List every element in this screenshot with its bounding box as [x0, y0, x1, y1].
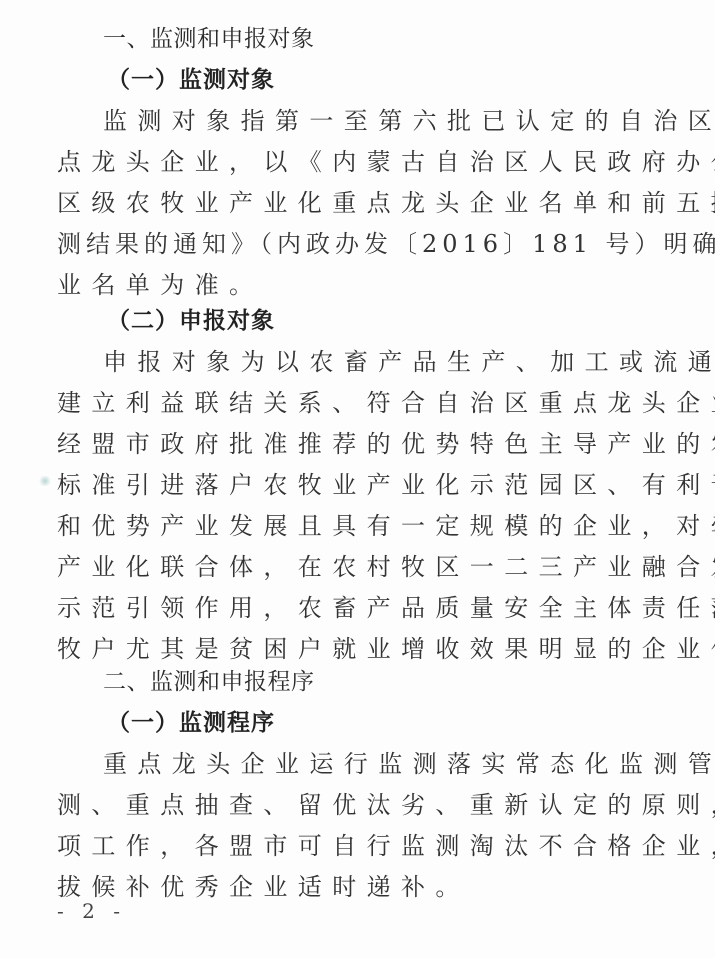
paragraph-line: 示范引领作用，农畜产品质量安全主体责任落实好，实际带动农 [57, 591, 691, 625]
paragraph-line: 区级农牧业产业化重点龙头企业名单和前五批重点龙头企业监 [57, 186, 691, 220]
page-number: - 2 - [57, 898, 126, 924]
section-heading-1: 一、监测和申报对象 [103, 22, 315, 56]
paragraph-line: 牧户尤其是贫困户就业增收效果明显的企业优先考虑。 [57, 632, 691, 666]
paragraph-line: 经盟市政府批准推荐的优势特色主导产业的农牧业企业；对符合 [57, 427, 691, 461]
paragraph-line: 业名单为准。 [57, 268, 691, 302]
document-page: 一、监测和申报对象 （一）监测对象 监测对象指第一至第六批已认定的自治区农牧业产… [0, 0, 715, 958]
paragraph-line: 项工作，各盟市可自行监测淘汰不合格企业，空出名额可优先选 [57, 829, 691, 863]
paragraph-line: 拔候补优秀企业适时递补。 [57, 870, 691, 904]
subsection-heading-monitoring-procedure: （一）监测程序 [107, 706, 275, 740]
paragraph-line: 点龙头企业，以《内蒙古自治区人民政府办公厅公布第六批自治 [57, 145, 691, 179]
scan-artifact [38, 476, 52, 486]
subsection-heading-application-targets: （二）申报对象 [107, 304, 275, 338]
paragraph-line: 重点龙头企业运行监测落实常态化监测管理，按照全面监 [103, 747, 691, 781]
paragraph-line: 产业化联合体，在农村牧区一二三产业融合发展中较好地发挥了 [57, 550, 691, 584]
subsection-heading-monitoring-targets: （一）监测对象 [107, 63, 275, 97]
paragraph-line: 测、重点抽查、留优汰劣、重新认定的原则，每年上半年开展此 [57, 788, 691, 822]
paragraph-line: 标准引进落户农牧业产业化示范园区、有利于促进优势资源集聚 [57, 468, 691, 502]
section-heading-2: 二、监测和申报程序 [103, 665, 315, 699]
paragraph-line: 建立利益联结关系、符合自治区重点龙头企业标准、自愿申报并 [57, 386, 691, 420]
paragraph-line: 申报对象为以农畜产品生产、加工或流通为主业、与农牧户 [103, 345, 691, 379]
paragraph-line: 监测对象指第一至第六批已认定的自治区农牧业产业化重 [103, 104, 691, 138]
paragraph-line: 测结果的通知》（内政办发〔2016〕181 号）明确的重点龙头企 [57, 227, 691, 261]
paragraph-line: 和优势产业发展且具有一定规模的企业，对牵头领办创办农牧业 [57, 509, 691, 543]
